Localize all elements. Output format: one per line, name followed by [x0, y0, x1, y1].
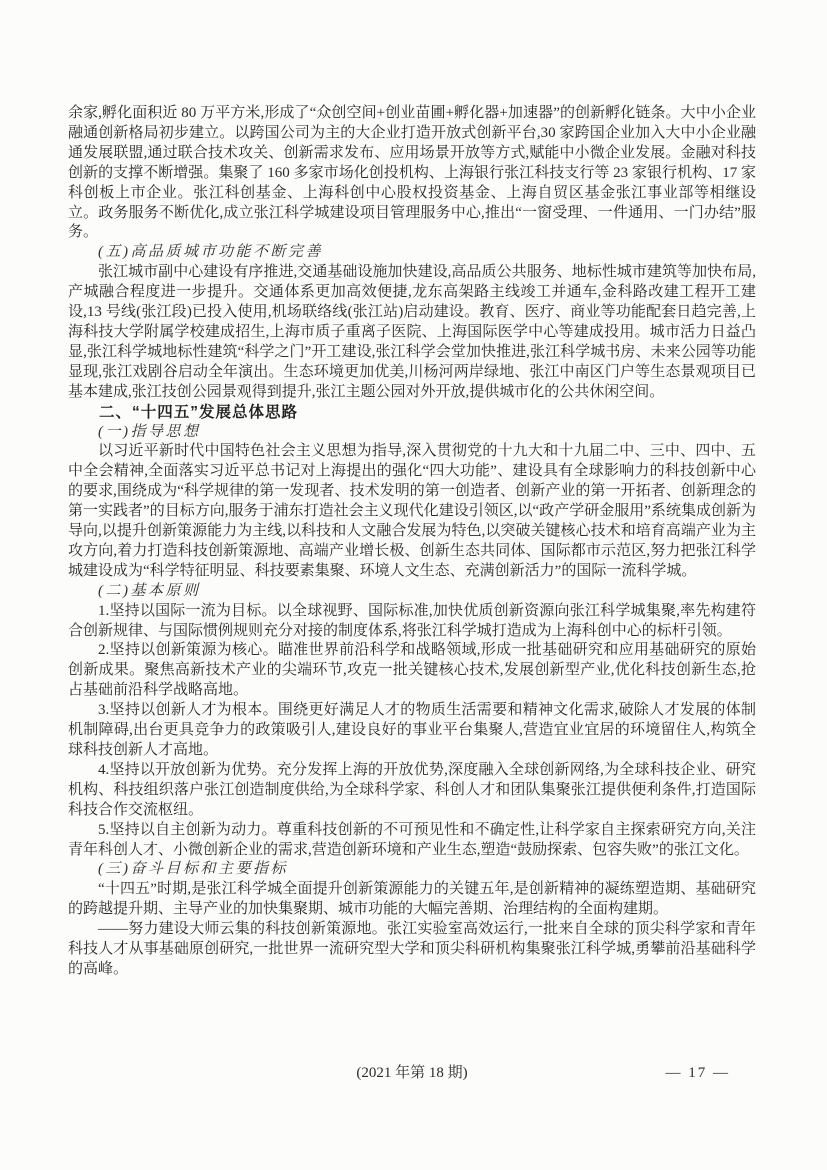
issue-label: (2021 年第 18 期)	[356, 1065, 467, 1081]
body-paragraph-principle-5: 5.坚持以自主创新为动力。尊重科技创新的不可预见性和不确定性,让科学家自主探索研…	[68, 821, 756, 861]
body-paragraph-principle-4: 4.坚持以开放创新为优势。充分发挥上海的开放优势,深度融入全球创新网络,为全球科…	[68, 761, 756, 821]
chapter-heading-2: 二、“十四五”发展总体思路	[68, 403, 756, 423]
article-body: 余家,孵化面积近 80 万平方米,形成了“众创空间+创业苗圃+孵化器+加速器”的…	[68, 104, 756, 980]
body-paragraph-innovation-source: ——努力建设大师云集的科技创新策源地。张江实验室高效运行,一批来自全球的顶尖科学…	[68, 920, 756, 980]
body-paragraph-principle-1: 1.坚持以国际一流为目标。以全球视野、国际标准,加快优质创新资源向张江科学城集聚…	[68, 602, 756, 642]
page-number: — 17 —	[666, 1063, 731, 1083]
subsection-heading-1: (一)指导思想	[68, 423, 756, 443]
page-footer: (2021 年第 18 期) — 17 —	[68, 1063, 756, 1083]
body-paragraph-city-functions: 张江城市副中心建设有序推进,交通基础设施加快建设,高品质公共服务、地标性城市建筑…	[68, 263, 756, 402]
subsection-heading-3: (三)奋斗目标和主要指标	[68, 860, 756, 880]
body-paragraph-goals: “十四五”时期,是张江科学城全面提升创新策源能力的关键五年,是创新精神的凝练塑造…	[68, 880, 756, 920]
document-page: 余家,孵化面积近 80 万平方米,形成了“众创空间+创业苗圃+孵化器+加速器”的…	[0, 0, 827, 1170]
subsection-heading-2: (二)基本原则	[68, 582, 756, 602]
body-paragraph-guiding-ideology: 以习近平新时代中国特色社会主义思想为指导,深入贯彻党的十九大和十九届二中、三中、…	[68, 442, 756, 581]
body-paragraph-principle-2: 2.坚持以创新策源为核心。瞄准世界前沿科学和战略领域,形成一批基础研究和应用基础…	[68, 641, 756, 701]
continuation-paragraph: 余家,孵化面积近 80 万平方米,形成了“众创空间+创业苗圃+孵化器+加速器”的…	[68, 104, 756, 243]
body-paragraph-principle-3: 3.坚持以创新人才为根本。围绕更好满足人才的物质生活需要和精神文化需求,破除人才…	[68, 701, 756, 761]
subsection-heading-5: (五)高品质城市功能不断完善	[68, 243, 756, 263]
